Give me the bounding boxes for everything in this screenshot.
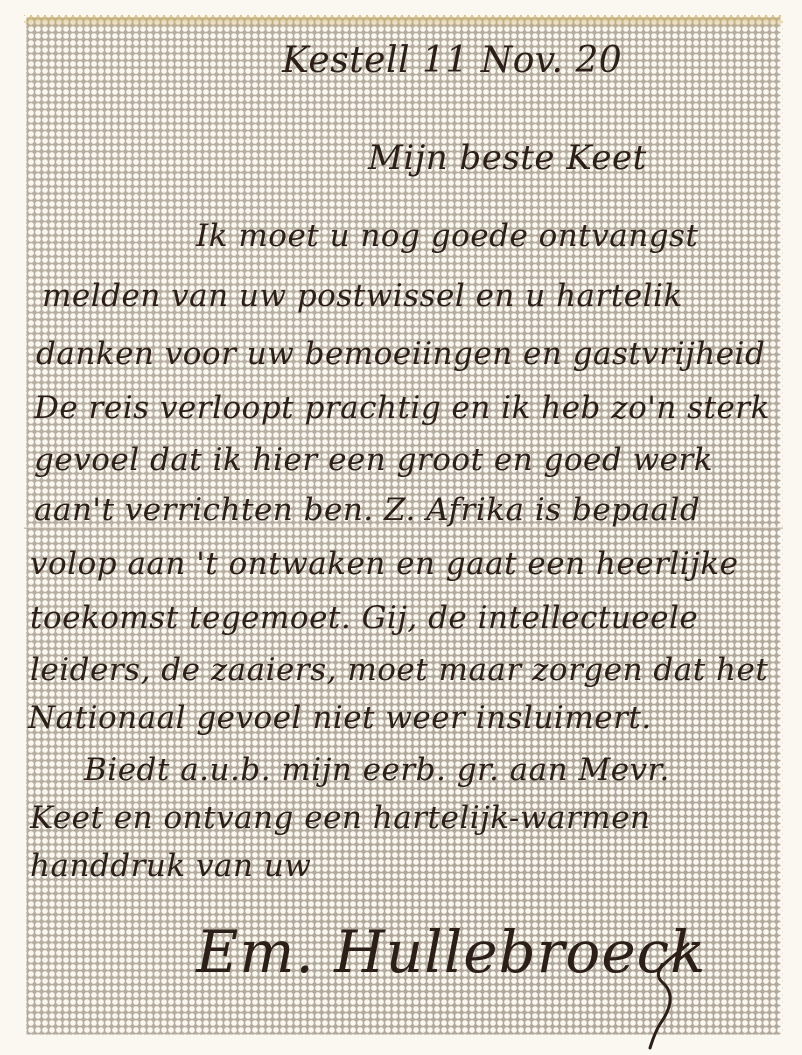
letter-body-line: toekomst tegemoet. Gij, de intellectueel… (30, 600, 698, 636)
letter-body-line: Ik moet u nog goede ontvangst (196, 218, 698, 254)
letter-body-line: handdruk van uw (30, 848, 311, 884)
letter-salutation: Mijn beste Keet (368, 138, 647, 178)
paper-aged-top-edge (24, 15, 783, 29)
letter-body-line: gevoel dat ik hier een groot en goed wer… (34, 442, 713, 478)
letter-place-date: Kestell 11 Nov. 20 (282, 40, 622, 81)
letter-signature: Em. Hullebroeck (196, 918, 706, 986)
letter-page: Kestell 11 Nov. 20 Mijn beste Keet Ik mo… (0, 0, 802, 1055)
letter-body-line: Biedt a.u.b. mijn eerb. gr. aan Mevr. (84, 752, 670, 788)
letter-body-line: danken voor uw bemoeiingen en gastvrijhe… (36, 336, 765, 372)
letter-body-line: volop aan 't ontwaken en gaat een heerli… (30, 546, 738, 582)
letter-body-line: aan't verrichten ben. Z. Afrika is bepaa… (34, 492, 700, 528)
letter-body-line: leiders, de zaaiers, moet maar zorgen da… (30, 652, 768, 688)
letter-body-line: melden van uw postwissel en u hartelik (42, 278, 683, 314)
letter-body-line: De reis verloopt prachtig en ik heb zo'n… (34, 390, 770, 426)
letter-body-line: Keet en ontvang een hartelijk-warmen (30, 800, 651, 836)
letter-body-line: Nationaal gevoel niet weer insluimert. (28, 700, 652, 736)
